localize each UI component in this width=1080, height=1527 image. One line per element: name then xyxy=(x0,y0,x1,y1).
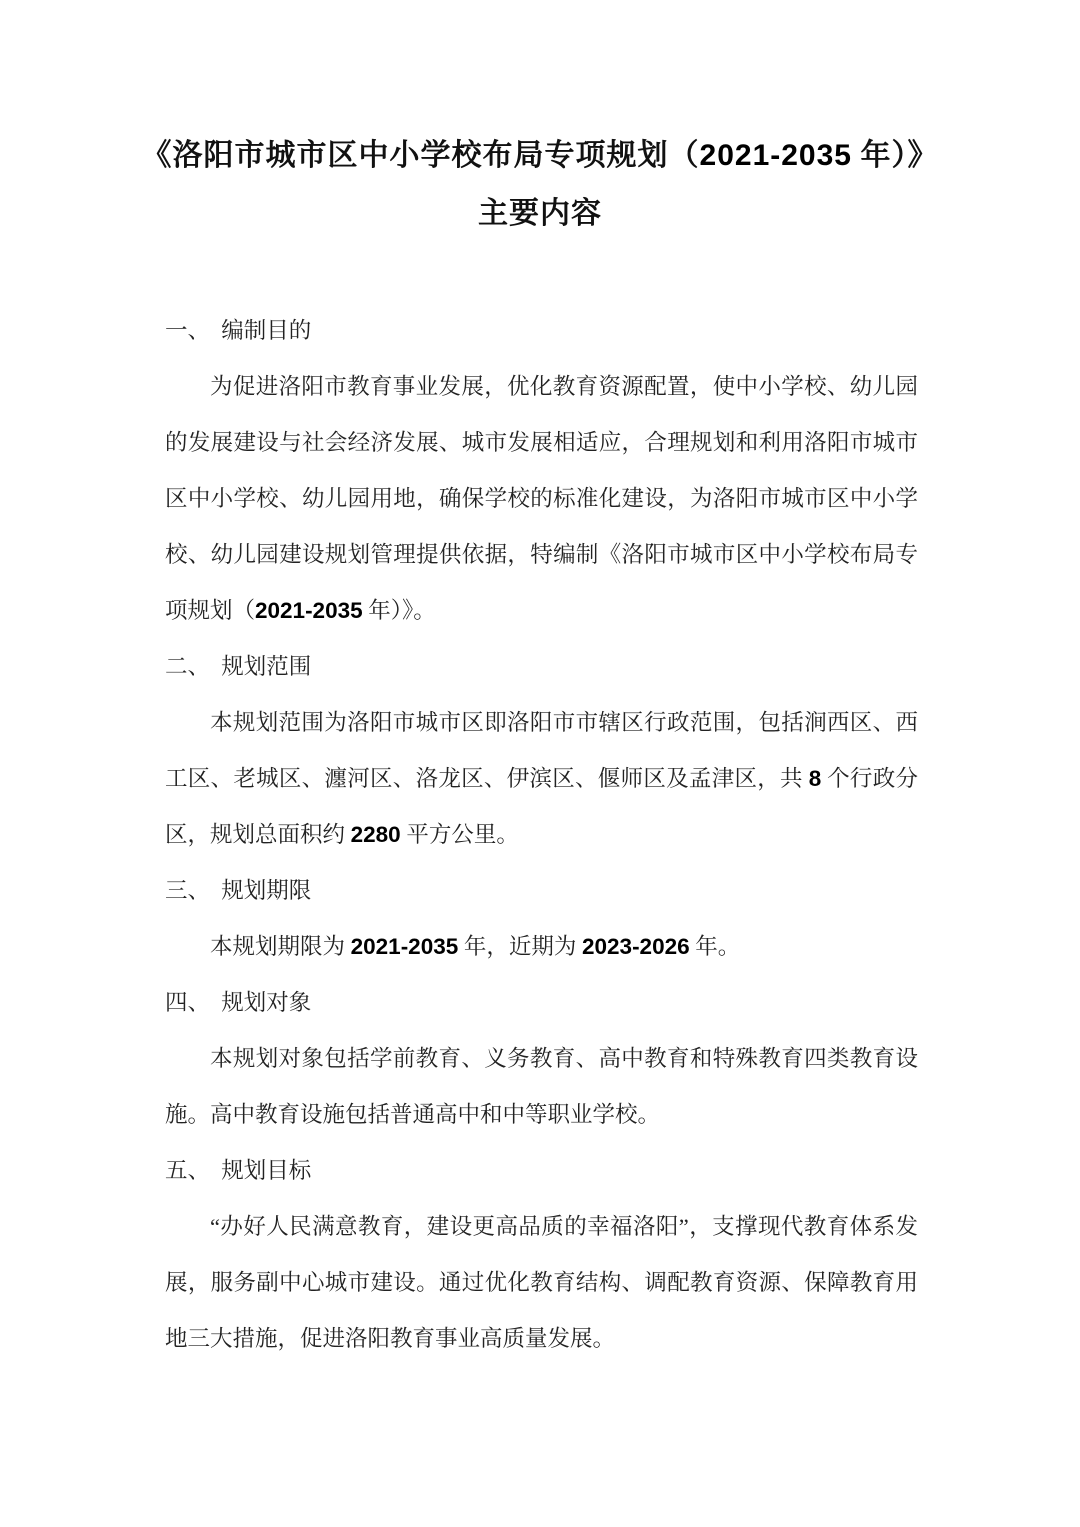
section-planning-objects: 四、 规划对象 本规划对象包括学前教育、义务教育、高中教育和特殊教育四类教育设施… xyxy=(165,975,918,1143)
section-paragraph: 本规划范围为洛阳市城市区即洛阳市市辖区行政范围，包括涧西区、西工区、老城区、瀍河… xyxy=(165,695,918,863)
body-text: 本规划范围为洛阳市城市区即洛阳市市辖区行政范围，包括涧西区、西工区、老城区、瀍河… xyxy=(165,710,918,791)
document-title: 《洛阳市城市区中小学校布局专项规划（2021-2035 年）》 主要内容 xyxy=(75,127,1005,243)
section-planning-scope: 二、 规划范围 本规划范围为洛阳市城市区即洛阳市市辖区行政范围，包括涧西区、西工… xyxy=(165,639,918,863)
section-paragraph: 本规划期限为 2021-2035 年，近期为 2023-2026 年。 xyxy=(165,919,918,975)
document-body: 一、 编制目的 为促进洛阳市教育事业发展，优化教育资源配置，使中小学校、幼儿园的… xyxy=(165,303,918,1367)
body-text: 年。 xyxy=(690,934,741,959)
section-planning-period: 三、 规划期限 本规划期限为 2021-2035 年，近期为 2023-2026… xyxy=(165,863,918,975)
body-text: 平方公里。 xyxy=(401,822,519,847)
numeric-text: 2021-2035 xyxy=(255,598,363,623)
numeric-text: 2280 xyxy=(351,822,401,847)
section-heading: 五、 规划目标 xyxy=(165,1143,918,1199)
body-text: 为促进洛阳市教育事业发展，优化教育资源配置，使中小学校、幼儿园的发展建设与社会经… xyxy=(165,374,918,623)
body-text: 本规划期限为 xyxy=(210,934,351,959)
document-page: 《洛阳市城市区中小学校布局专项规划（2021-2035 年）》 主要内容 一、 … xyxy=(0,0,1080,1527)
body-text: 《洛阳市城市区中小学校布局专项规划（ xyxy=(142,139,700,172)
section-planning-goals: 五、 规划目标 “办好人民满意教育，建设更高品质的幸福洛阳”，支撑现代教育体系发… xyxy=(165,1143,918,1367)
body-text: 年）》 xyxy=(852,139,939,172)
body-text: 本规划对象包括学前教育、义务教育、高中教育和特殊教育四类教育设施。高中教育设施包… xyxy=(165,1046,918,1127)
numeric-text: 8 xyxy=(809,766,822,791)
body-text: 年，近期为 xyxy=(458,934,582,959)
body-text: “办好人民满意教育，建设更高品质的幸福洛阳”，支撑现代教育体系发展，服务副中心城… xyxy=(165,1214,918,1351)
section-paragraph: “办好人民满意教育，建设更高品质的幸福洛阳”，支撑现代教育体系发展，服务副中心城… xyxy=(165,1199,918,1367)
title-line-2: 主要内容 xyxy=(75,185,1005,243)
numeric-text: 2021-2035 xyxy=(351,934,459,959)
section-heading: 二、 规划范围 xyxy=(165,639,918,695)
section-paragraph: 为促进洛阳市教育事业发展，优化教育资源配置，使中小学校、幼儿园的发展建设与社会经… xyxy=(165,359,918,639)
body-text: 年）》。 xyxy=(363,598,436,623)
numeric-text: 2023-2026 xyxy=(582,934,690,959)
section-heading: 一、 编制目的 xyxy=(165,303,918,359)
numeric-text: 2021-2035 xyxy=(700,139,852,172)
section-heading: 三、 规划期限 xyxy=(165,863,918,919)
title-line-1: 《洛阳市城市区中小学校布局专项规划（2021-2035 年）》 xyxy=(75,127,1005,185)
section-heading: 四、 规划对象 xyxy=(165,975,918,1031)
section-compilation-purpose: 一、 编制目的 为促进洛阳市教育事业发展，优化教育资源配置，使中小学校、幼儿园的… xyxy=(165,303,918,639)
section-paragraph: 本规划对象包括学前教育、义务教育、高中教育和特殊教育四类教育设施。高中教育设施包… xyxy=(165,1031,918,1143)
